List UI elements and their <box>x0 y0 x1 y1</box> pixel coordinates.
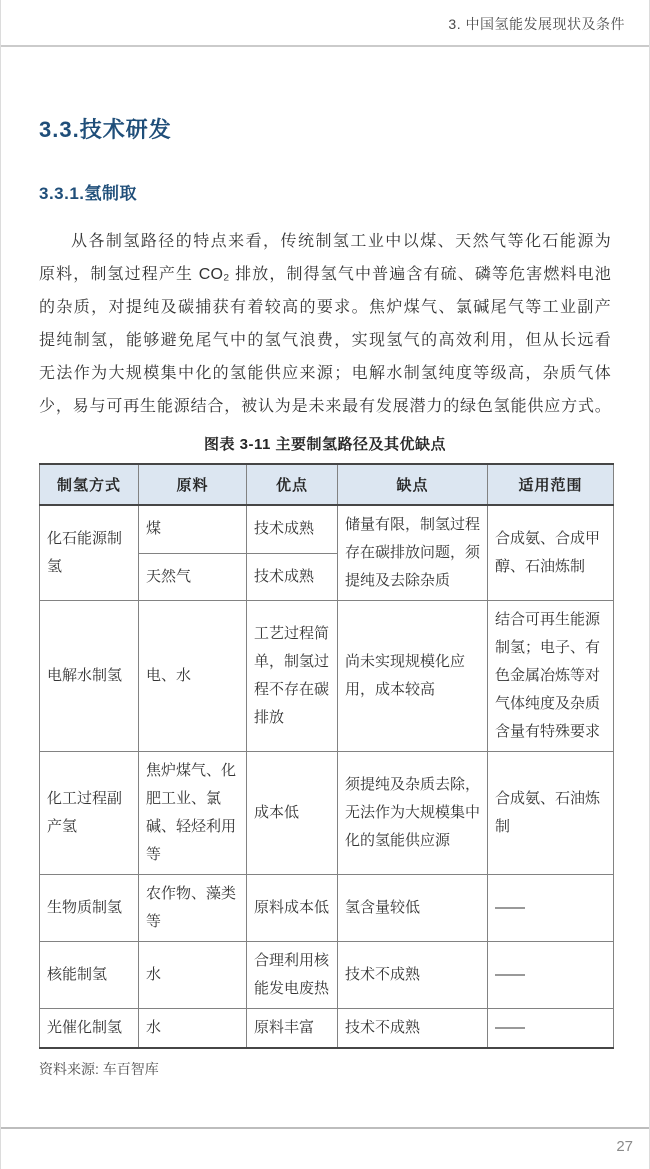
page-number: 27 <box>616 1138 633 1155</box>
header-cell-pros: 优点 <box>247 464 338 505</box>
table-row: 生物质制氢 农作物、藻类等 原料成本低 氢含量较低 —— <box>40 875 614 942</box>
hydrogen-pathways-table: 制氢方式 原料 优点 缺点 适用范围 化石能源制氢 煤 技术成熟 储量有限，制氢… <box>39 463 614 1049</box>
cell-nuclear-scope: —— <box>488 942 614 1009</box>
cell-biomass-material: 农作物、藻类等 <box>139 875 247 942</box>
cell-biomass-pros: 原料成本低 <box>247 875 338 942</box>
cell-electrolysis-pros: 工艺过程简单，制氢过程不存在碳排放 <box>247 601 338 752</box>
paragraph-line: 的杂质，对提纯及碳捕获有着较高的要求。焦炉煤气、氯碱尾气等工业副产 <box>39 291 611 324</box>
paragraph-line: 提纯制氢，能够避免尾气中的氢气浪费，实现氢气的高效利用，但从长远看 <box>39 324 611 357</box>
header-divider <box>1 45 649 47</box>
cell-byproduct-material: 焦炉煤气、化肥工业、氯碱、轻烃利用等 <box>139 752 247 875</box>
paragraph-line: 无法作为大规模集中化的氢能供应来源；电解水制氢纯度等级高，杂质气体 <box>39 357 611 390</box>
cell-electrolysis-scope: 结合可再生能源制氢；电子、有色金属冶炼等对气体纯度及杂质含量有特殊要求 <box>488 601 614 752</box>
cell-byproduct-method: 化工过程副产氢 <box>40 752 139 875</box>
body-paragraph: 从各制氢路径的特点来看，传统制氢工业中以煤、天然气等化石能源为 原料，制氢过程产… <box>39 225 611 423</box>
cell-fossil-coal-material: 煤 <box>139 505 247 553</box>
cell-photocatalytic-cons: 技术不成熟 <box>338 1009 488 1049</box>
header-cell-scope: 适用范围 <box>488 464 614 505</box>
cell-biomass-scope: —— <box>488 875 614 942</box>
table-row: 化工过程副产氢 焦炉煤气、化肥工业、氯碱、轻烃利用等 成本低 须提纯及杂质去除，… <box>40 752 614 875</box>
cell-byproduct-cons: 须提纯及杂质去除，无法作为大规模集中化的氢能供应源 <box>338 752 488 875</box>
subsection-title: 3.3.1.氢制取 <box>39 179 611 204</box>
cell-byproduct-scope: 合成氨、石油炼制 <box>488 752 614 875</box>
cell-biomass-method: 生物质制氢 <box>40 875 139 942</box>
cell-fossil-method: 化石能源制氢 <box>40 505 139 601</box>
header-cell-material: 原料 <box>139 464 247 505</box>
cell-fossil-scope: 合成氨、合成甲醇、石油炼制 <box>488 505 614 601</box>
footer-divider <box>1 1127 649 1129</box>
paragraph-line: 少，易与可再生能源结合，被认为是未来最有发展潜力的绿色氢能供应方式。 <box>39 390 611 423</box>
cell-fossil-gas-pros: 技术成熟 <box>247 553 338 600</box>
paragraph-line: 从各制氢路径的特点来看，传统制氢工业中以煤、天然气等化石能源为 <box>39 225 611 258</box>
cell-electrolysis-cons: 尚未实现规模化应用，成本较高 <box>338 601 488 752</box>
section-title: 3.3.技术研发 <box>39 113 611 144</box>
table-row: 电解水制氢 电、水 工艺过程简单，制氢过程不存在碳排放 尚未实现规模化应用，成本… <box>40 601 614 752</box>
header-cell-method: 制氢方式 <box>40 464 139 505</box>
cell-nuclear-material: 水 <box>139 942 247 1009</box>
cell-fossil-coal-pros: 技术成熟 <box>247 505 338 553</box>
source-note: 资料来源: 车百智库 <box>39 1059 611 1079</box>
table-caption: 图表 3-11 主要制氢路径及其优缺点 <box>39 433 611 454</box>
cell-photocatalytic-pros: 原料丰富 <box>247 1009 338 1049</box>
running-head: 3. 中国氢能发展现状及条件 <box>1 0 649 34</box>
cell-nuclear-cons: 技术不成熟 <box>338 942 488 1009</box>
table-row: 光催化制氢 水 原料丰富 技术不成熟 —— <box>40 1009 614 1049</box>
cell-biomass-cons: 氢含量较低 <box>338 875 488 942</box>
cell-nuclear-method: 核能制氢 <box>40 942 139 1009</box>
cell-photocatalytic-method: 光催化制氢 <box>40 1009 139 1049</box>
cell-photocatalytic-scope: —— <box>488 1009 614 1049</box>
cell-electrolysis-method: 电解水制氢 <box>40 601 139 752</box>
paragraph-line: 原料，制氢过程产生 CO₂ 排放，制得氢气中普遍含有硫、磷等危害燃料电池 <box>39 258 611 291</box>
cell-fossil-gas-material: 天然气 <box>139 553 247 600</box>
cell-byproduct-pros: 成本低 <box>247 752 338 875</box>
table-header-row: 制氢方式 原料 优点 缺点 适用范围 <box>40 464 614 505</box>
cell-electrolysis-material: 电、水 <box>139 601 247 752</box>
table-row: 化石能源制氢 煤 技术成熟 储量有限，制氢过程存在碳排放问题，须提纯及去除杂质 … <box>40 505 614 553</box>
header-cell-cons: 缺点 <box>338 464 488 505</box>
document-page: 3. 中国氢能发展现状及条件 3.3.技术研发 3.3.1.氢制取 从各制氢路径… <box>0 0 650 1169</box>
cell-nuclear-pros: 合理利用核能发电废热 <box>247 942 338 1009</box>
table-row: 核能制氢 水 合理利用核能发电废热 技术不成熟 —— <box>40 942 614 1009</box>
cell-fossil-cons: 储量有限，制氢过程存在碳排放问题，须提纯及去除杂质 <box>338 505 488 601</box>
cell-photocatalytic-material: 水 <box>139 1009 247 1049</box>
